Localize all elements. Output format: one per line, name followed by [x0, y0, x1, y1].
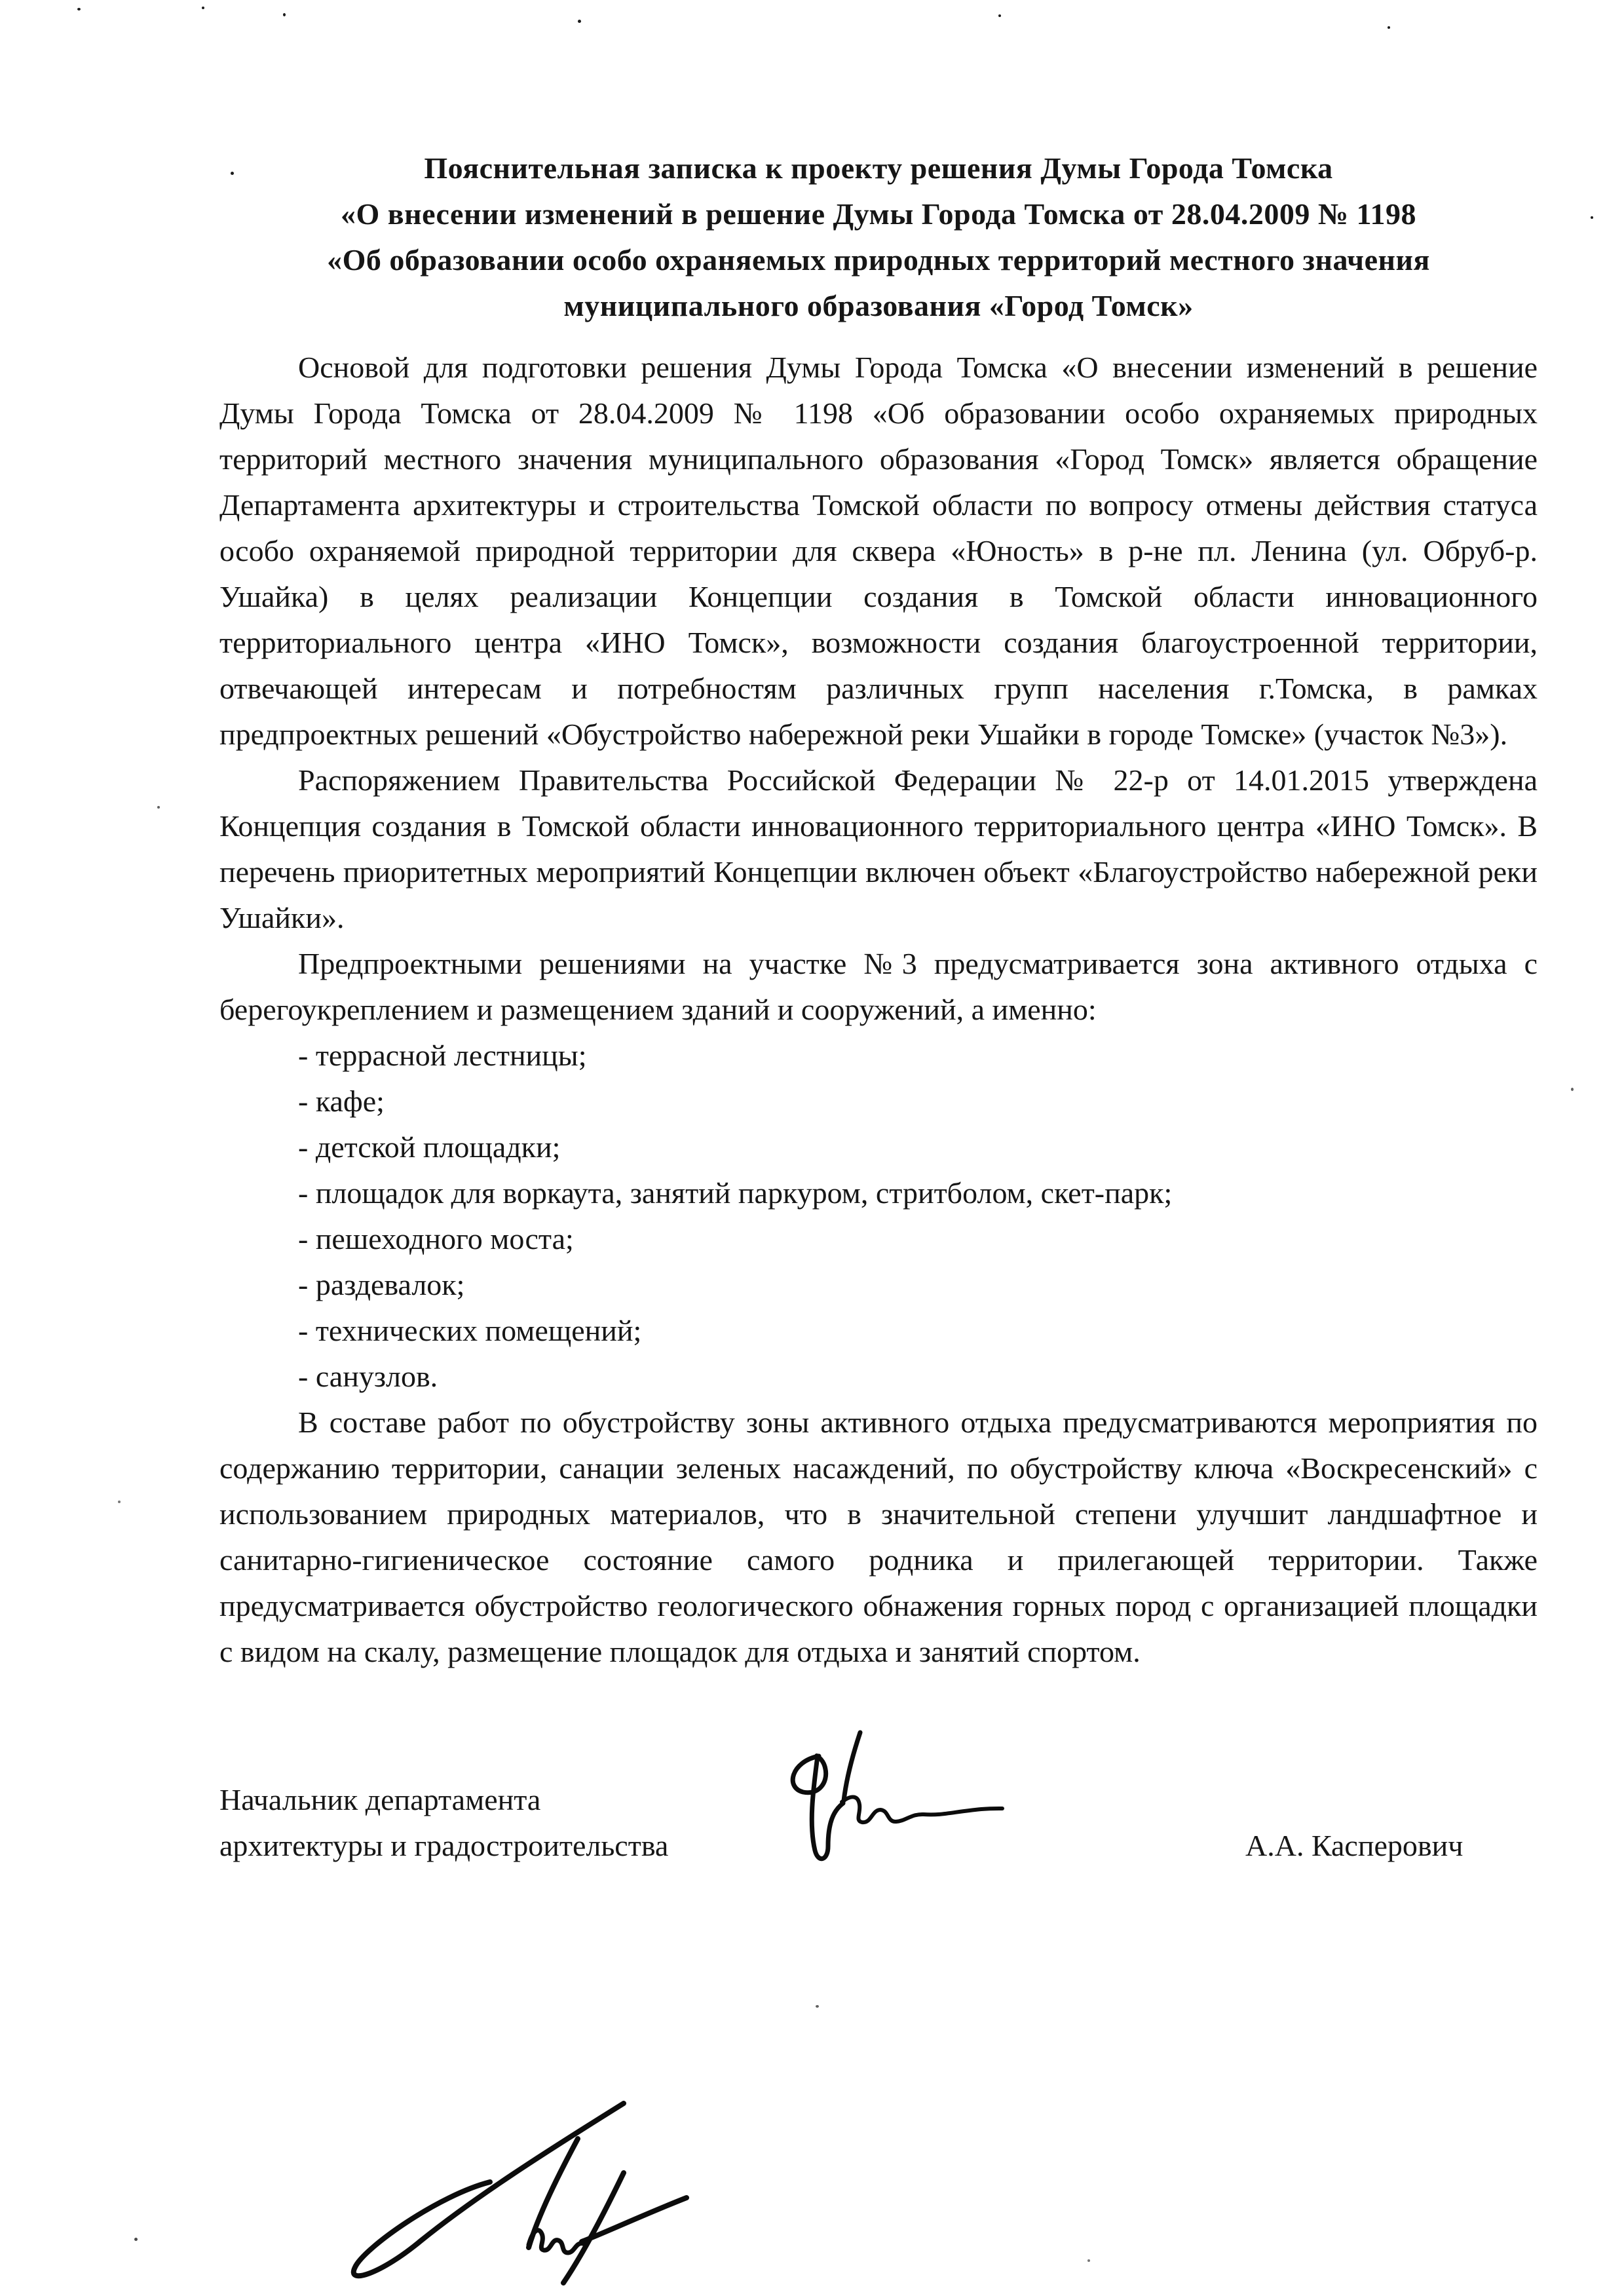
signer-name: А.А. Касперович	[1245, 1823, 1463, 1869]
list-item: - площадок для воркаута, занятий паркуро…	[219, 1170, 1538, 1216]
scan-speck	[134, 2238, 138, 2241]
document-body: Пояснительная записка к проекту решения …	[219, 145, 1538, 1675]
list-item: - раздевалок;	[219, 1262, 1538, 1308]
paragraph-preproject: Предпроектными решениями на участке №3 п…	[219, 941, 1538, 1033]
scan-speck	[283, 13, 286, 16]
paragraph-works: В составе работ по обустройству зоны акт…	[219, 1400, 1538, 1675]
scanned-document-page: Пояснительная записка к проекту решения …	[0, 0, 1624, 2296]
scan-speck	[202, 7, 204, 9]
handwritten-signature-icon	[753, 1725, 1035, 1875]
paragraph-decree: Распоряжением Правительства Российской Ф…	[219, 757, 1538, 941]
scan-speck	[1571, 1088, 1574, 1091]
scan-speck	[118, 1501, 121, 1503]
scan-speck	[816, 2005, 819, 2008]
scan-speck	[157, 806, 160, 809]
list-item: - кафе;	[219, 1079, 1538, 1124]
list-item: - террасной лестницы;	[219, 1033, 1538, 1079]
title-line-1: Пояснительная записка к проекту решения …	[219, 145, 1538, 191]
scan-speck	[578, 20, 581, 23]
scan-speck	[231, 172, 234, 175]
facilities-list: - террасной лестницы; - кафе; - детской …	[219, 1033, 1538, 1400]
document-title: Пояснительная записка к проекту решения …	[219, 145, 1538, 329]
title-line-4: муниципального образования «Город Томск»	[219, 283, 1538, 329]
scan-speck	[1591, 216, 1593, 219]
handwritten-signature-bottom-icon	[341, 2076, 708, 2292]
scan-speck	[998, 14, 1001, 17]
list-item: - технических помещений;	[219, 1308, 1538, 1354]
list-item: - пешеходного моста;	[219, 1216, 1538, 1262]
scan-speck	[1388, 26, 1390, 29]
paragraph-basis: Основой для подготовки решения Думы Горо…	[219, 345, 1538, 757]
scan-speck	[77, 8, 81, 10]
scan-speck	[1087, 2259, 1090, 2262]
list-item: - детской площадки;	[219, 1124, 1538, 1170]
title-line-3: «Об образовании особо охраняемых природн…	[219, 237, 1538, 283]
title-line-2: «О внесении изменений в решение Думы Гор…	[219, 191, 1538, 237]
list-item: - санузлов.	[219, 1354, 1538, 1400]
